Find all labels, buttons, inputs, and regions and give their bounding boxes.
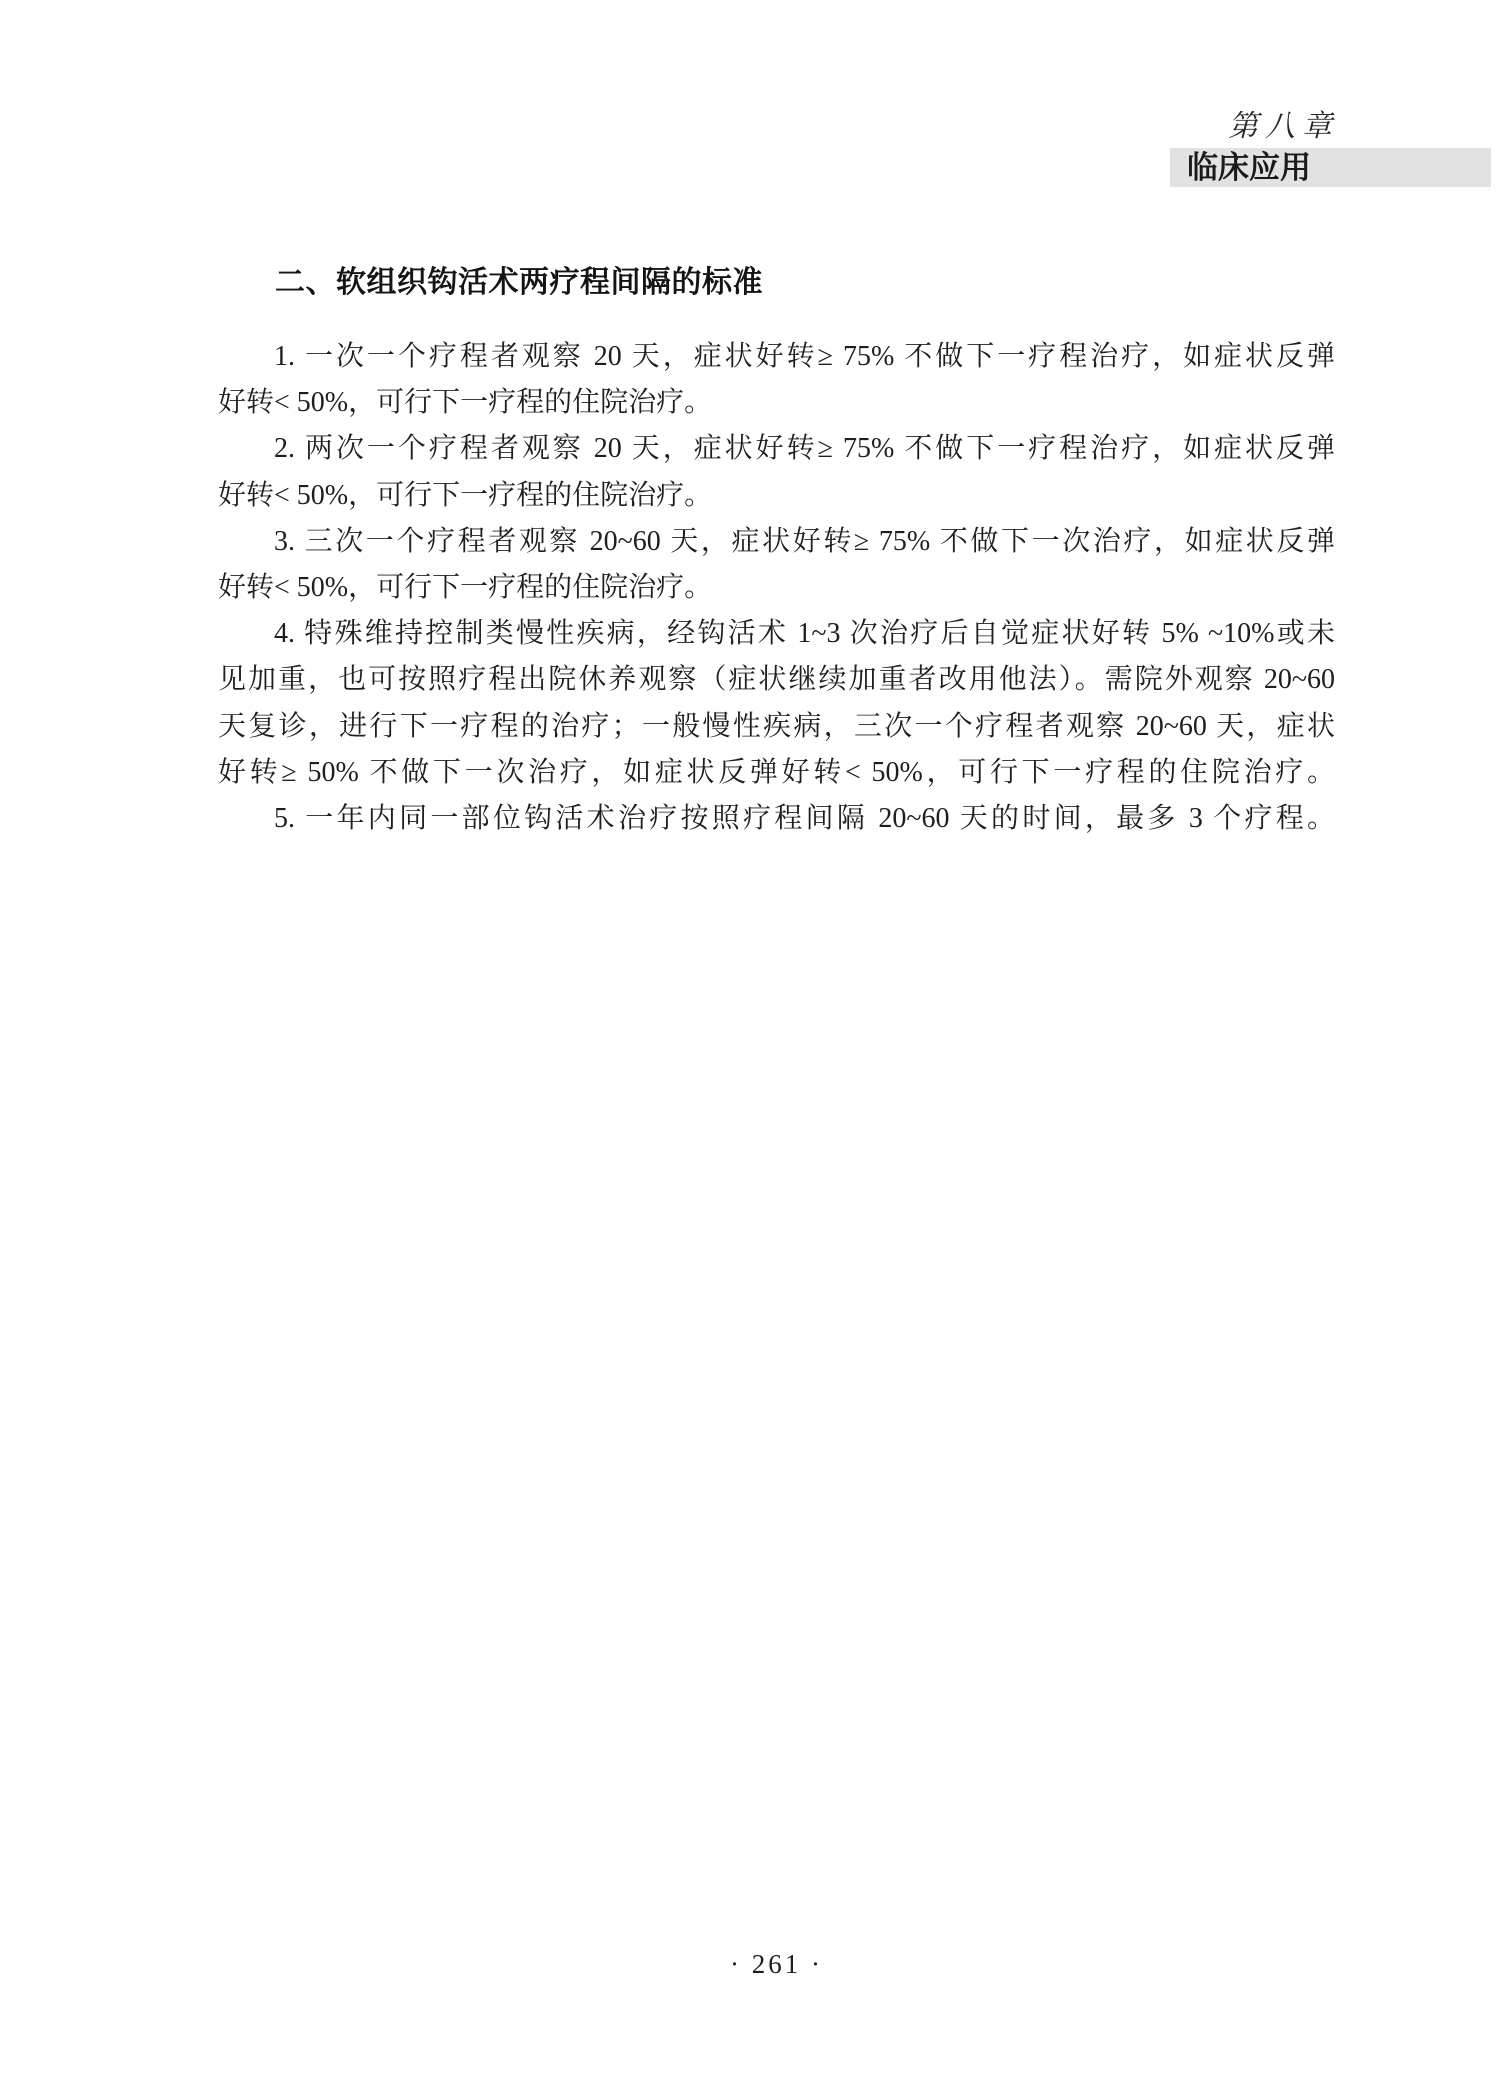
paragraph-line: 3. 三次一个疗程者观察 20~60 天，症状好转≥ 75% 不做下一次治疗，如…: [218, 519, 1335, 565]
paragraph-line: 好转< 50%，可行下一疗程的住院治疗。: [218, 380, 1335, 426]
paragraph-line: 1. 一次一个疗程者观察 20 天，症状好转≥ 75% 不做下一疗程治疗，如症状…: [218, 334, 1335, 380]
page-number: · 261 ·: [218, 1949, 1335, 1980]
paragraph-line: 好转≥ 50% 不做下一次治疗，如症状反弹好转< 50%，可行下一疗程的住院治疗…: [218, 750, 1335, 796]
paragraph-line: 2. 两次一个疗程者观察 20 天，症状好转≥ 75% 不做下一疗程治疗，如症状…: [218, 426, 1335, 472]
paragraph-4: 4. 特殊维持控制类慢性疾病，经钩活术 1~3 次治疗后自觉症状好转 5% ~1…: [218, 611, 1335, 796]
paragraph-3: 3. 三次一个疗程者观察 20~60 天，症状好转≥ 75% 不做下一次治疗，如…: [218, 519, 1335, 611]
paragraph-line: 见加重，也可按照疗程出院休养观察（症状继续加重者改用他法）。需院外观察 20~6…: [218, 657, 1335, 703]
paragraph-line: 好转< 50%，可行下一疗程的住院治疗。: [218, 565, 1335, 611]
body-text: 1. 一次一个疗程者观察 20 天，症状好转≥ 75% 不做下一疗程治疗，如症状…: [218, 334, 1335, 842]
document-page: 第八章 临床应用 二、软组织钩活术两疗程间隔的标准 1. 一次一个疗程者观察 2…: [0, 0, 1504, 2094]
chapter-title-label: 临床应用: [1170, 148, 1491, 188]
paragraph-line: 4. 特殊维持控制类慢性疾病，经钩活术 1~3 次治疗后自觉症状好转 5% ~1…: [218, 611, 1335, 657]
paragraph-2: 2. 两次一个疗程者观察 20 天，症状好转≥ 75% 不做下一疗程治疗，如症状…: [218, 426, 1335, 518]
paragraph-1: 1. 一次一个疗程者观察 20 天，症状好转≥ 75% 不做下一疗程治疗，如症状…: [218, 334, 1335, 426]
section-heading: 二、软组织钩活术两疗程间隔的标准: [275, 257, 763, 301]
paragraph-line: 好转< 50%，可行下一疗程的住院治疗。: [218, 473, 1335, 519]
chapter-title-bar: 临床应用: [1170, 148, 1491, 187]
chapter-number-header: 第八章: [1228, 101, 1339, 145]
paragraph-line: 5. 一年内同一部位钩活术治疗按照疗程间隔 20~60 天的时间，最多 3 个疗…: [218, 796, 1335, 842]
paragraph-5: 5. 一年内同一部位钩活术治疗按照疗程间隔 20~60 天的时间，最多 3 个疗…: [218, 796, 1335, 842]
paragraph-line: 天复诊，进行下一疗程的治疗；一般慢性疾病，三次一个疗程者观察 20~60 天，症…: [218, 704, 1335, 750]
